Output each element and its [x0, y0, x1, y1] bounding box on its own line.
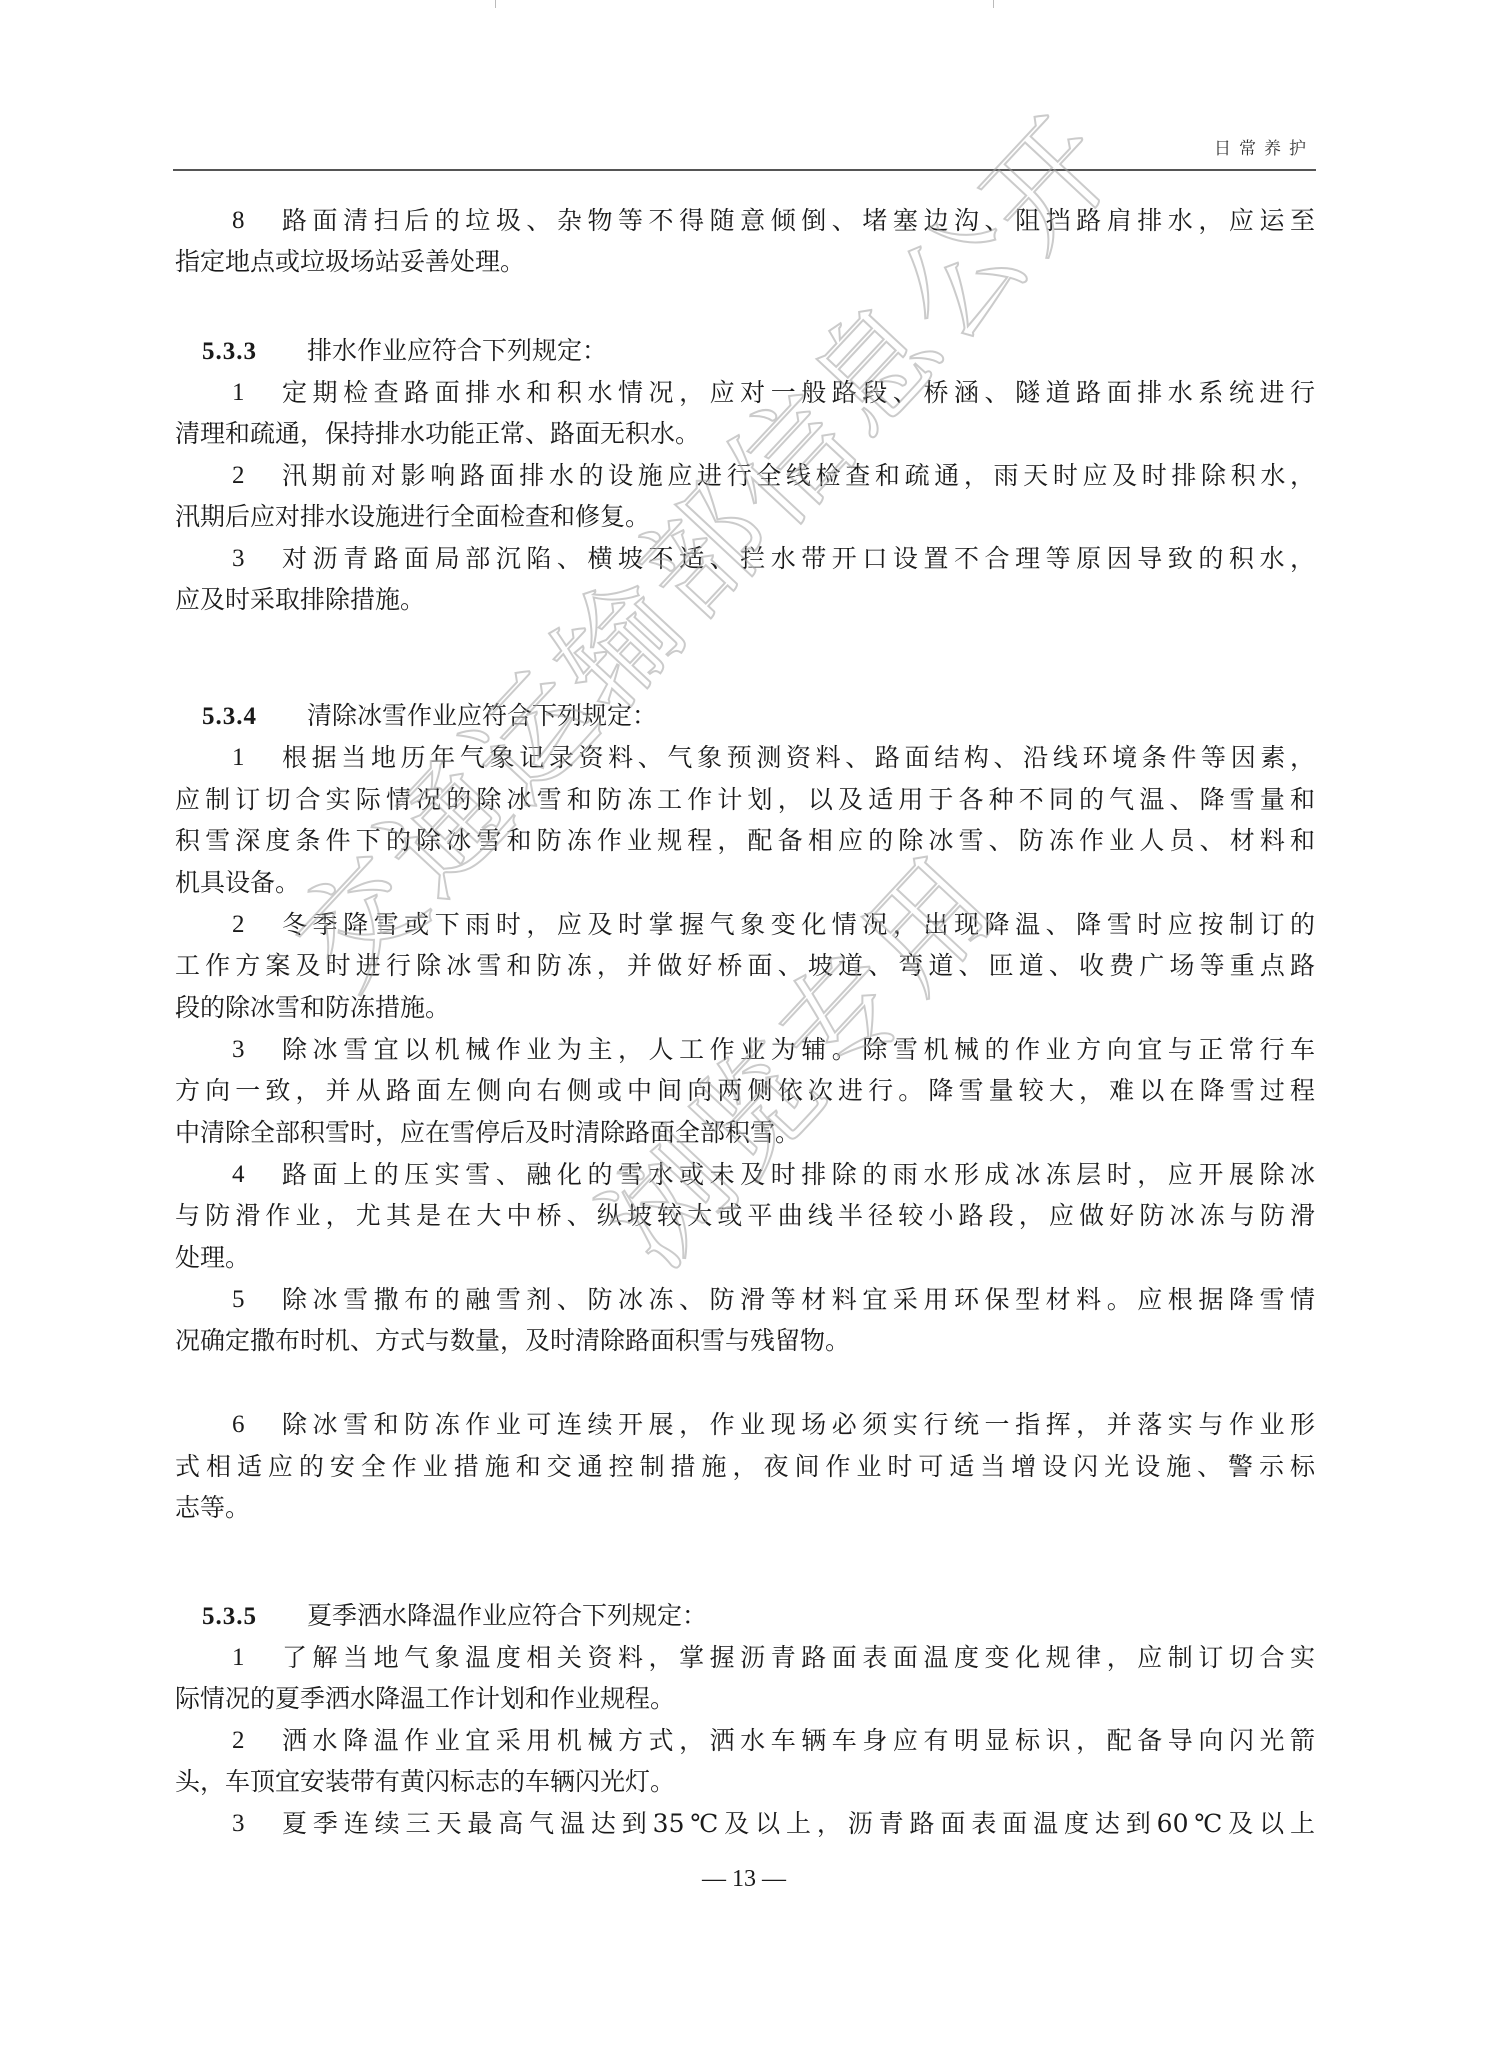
section-title: 清除冰雪作业应符合下列规定： — [307, 701, 657, 730]
item-number: 1 — [232, 376, 282, 410]
section-heading: 5.3.3排水作业应符合下列规定： — [202, 334, 607, 369]
section-number: 5.3.4 — [202, 700, 307, 734]
item-text: 冬季降雪或下雨时，应及时掌握气象变化情况，出现降温、降雪时应按制订的 — [282, 908, 1315, 942]
header-rule — [173, 169, 1316, 171]
list-item: 1根据当地历年气象记录资料、气象预测资料、路面结构、沿线环境条件等因素， — [232, 741, 1315, 775]
item-number: 1 — [232, 741, 282, 775]
continuation-line: 清理和疏通，保持排水功能正常、路面无积水。 — [175, 417, 1315, 451]
continuation-line: 头，车顶宜安装带有黄闪标志的车辆闪光灯。 — [175, 1765, 1315, 1799]
item-text: 夏季连续三天最高气温达到35℃及以上，沥青路面表面温度达到60℃及以上 — [282, 1807, 1315, 1841]
item-number: 6 — [232, 1408, 282, 1442]
item-number: 2 — [232, 459, 282, 493]
item-text: 除冰雪和防冻作业可连续开展，作业现场必须实行统一指挥，并落实与作业形 — [282, 1408, 1315, 1442]
item-number: 8 — [232, 204, 282, 238]
list-item: 3夏季连续三天最高气温达到35℃及以上，沥青路面表面温度达到60℃及以上 — [232, 1807, 1315, 1841]
item-number: 2 — [232, 908, 282, 942]
item-number: 3 — [232, 1807, 282, 1841]
continuation-line: 汛期后应对排水设施进行全面检查和修复。 — [175, 500, 1315, 534]
continuation-line: 应制订切合实际情况的除冰雪和防冻工作计划，以及适用于各种不同的气温、降雪量和 — [175, 783, 1315, 817]
crop-mark-right — [993, 0, 994, 8]
item-text: 对沥青路面局部沉陷、横坡不适、拦水带开口设置不合理等原因导致的积水， — [282, 542, 1315, 576]
list-item: 2洒水降温作业宜采用机械方式，洒水车辆车身应有明显标识，配备导向闪光箭 — [232, 1724, 1315, 1758]
section-number: 5.3.3 — [202, 335, 307, 369]
list-item: 5除冰雪撒布的融雪剂、防冰冻、防滑等材料宜采用环保型材料。应根据降雪情 — [232, 1283, 1315, 1317]
section-title: 排水作业应符合下列规定： — [307, 336, 607, 365]
list-item: 1定期检查路面排水和积水情况，应对一般路段、桥涵、隧道路面排水系统进行 — [232, 376, 1315, 410]
item-text: 路面清扫后的垃圾、杂物等不得随意倾倒、堵塞边沟、阻挡路肩排水，应运至 — [282, 204, 1315, 238]
continuation-line: 式相适应的安全作业措施和交通控制措施，夜间作业时可适当增设闪光设施、警示标 — [175, 1450, 1315, 1484]
item-number: 2 — [232, 1724, 282, 1758]
continuation-line: 际情况的夏季洒水降温工作计划和作业规程。 — [175, 1682, 1315, 1716]
list-item: 3对沥青路面局部沉陷、横坡不适、拦水带开口设置不合理等原因导致的积水， — [232, 542, 1315, 576]
running-head: 日常养护 — [1214, 134, 1314, 159]
item-number: 3 — [232, 542, 282, 576]
section-title: 夏季洒水降温作业应符合下列规定： — [307, 1601, 707, 1630]
section-heading: 5.3.5夏季洒水降温作业应符合下列规定： — [202, 1599, 707, 1634]
item-text: 除冰雪撒布的融雪剂、防冰冻、防滑等材料宜采用环保型材料。应根据降雪情 — [282, 1283, 1315, 1317]
list-item: 4路面上的压实雪、融化的雪水或未及时排除的雨水形成冰冻层时，应开展除冰 — [232, 1158, 1315, 1192]
list-item: 8路面清扫后的垃圾、杂物等不得随意倾倒、堵塞边沟、阻挡路肩排水，应运至 — [232, 204, 1315, 238]
item-number: 1 — [232, 1641, 282, 1675]
continuation-line: 机具设备。 — [175, 866, 1315, 900]
continuation-line: 与防滑作业，尤其是在大中桥、纵坡较大或平曲线半径较小路段，应做好防冰冻与防滑 — [175, 1199, 1315, 1233]
continuation-line: 工作方案及时进行除冰雪和防冻，并做好桥面、坡道、弯道、匝道、收费广场等重点路 — [175, 949, 1315, 983]
item-text: 汛期前对影响路面排水的设施应进行全线检查和疏通，雨天时应及时排除积水， — [282, 459, 1315, 493]
list-item: 2汛期前对影响路面排水的设施应进行全线检查和疏通，雨天时应及时排除积水， — [232, 459, 1315, 493]
page-number: — 13 — — [0, 1866, 1488, 1893]
item-text: 除冰雪宜以机械作业为主，人工作业为辅。除雪机械的作业方向宜与正常行车 — [282, 1033, 1315, 1067]
continuation-line: 应及时采取排除措施。 — [175, 583, 1315, 617]
list-item: 3除冰雪宜以机械作业为主，人工作业为辅。除雪机械的作业方向宜与正常行车 — [232, 1033, 1315, 1067]
item-text: 了解当地气象温度相关资料，掌握沥青路面表面温度变化规律，应制订切合实 — [282, 1641, 1315, 1675]
item-text: 路面上的压实雪、融化的雪水或未及时排除的雨水形成冰冻层时，应开展除冰 — [282, 1158, 1315, 1192]
continuation-line: 中清除全部积雪时，应在雪停后及时清除路面全部积雪。 — [175, 1116, 1315, 1150]
continuation-line: 指定地点或垃圾场站妥善处理。 — [175, 245, 1315, 279]
item-number: 3 — [232, 1033, 282, 1067]
item-text: 洒水降温作业宜采用机械方式，洒水车辆车身应有明显标识，配备导向闪光箭 — [282, 1724, 1315, 1758]
list-item: 6除冰雪和防冻作业可连续开展，作业现场必须实行统一指挥，并落实与作业形 — [232, 1408, 1315, 1442]
continuation-line: 段的除冰雪和防冻措施。 — [175, 991, 1315, 1025]
continuation-line: 况确定撒布时机、方式与数量，及时清除路面积雪与残留物。 — [175, 1324, 1315, 1358]
continuation-line: 积雪深度条件下的除冰雪和防冻作业规程，配备相应的除冰雪、防冻作业人员、材料和 — [175, 824, 1315, 858]
item-text: 定期检查路面排水和积水情况，应对一般路段、桥涵、隧道路面排水系统进行 — [282, 376, 1315, 410]
section-heading: 5.3.4清除冰雪作业应符合下列规定： — [202, 699, 657, 734]
continuation-line: 志等。 — [175, 1491, 1315, 1525]
section-number: 5.3.5 — [202, 1600, 307, 1634]
item-number: 5 — [232, 1283, 282, 1317]
item-text: 根据当地历年气象记录资料、气象预测资料、路面结构、沿线环境条件等因素， — [282, 741, 1315, 775]
continuation-line: 处理。 — [175, 1241, 1315, 1275]
item-number: 4 — [232, 1158, 282, 1192]
list-item: 2冬季降雪或下雨时，应及时掌握气象变化情况，出现降温、降雪时应按制订的 — [232, 908, 1315, 942]
continuation-line: 方向一致，并从路面左侧向右侧或中间向两侧依次进行。降雪量较大，难以在降雪过程 — [175, 1074, 1315, 1108]
list-item: 1了解当地气象温度相关资料，掌握沥青路面表面温度变化规律，应制订切合实 — [232, 1641, 1315, 1675]
crop-mark-left — [495, 0, 496, 8]
